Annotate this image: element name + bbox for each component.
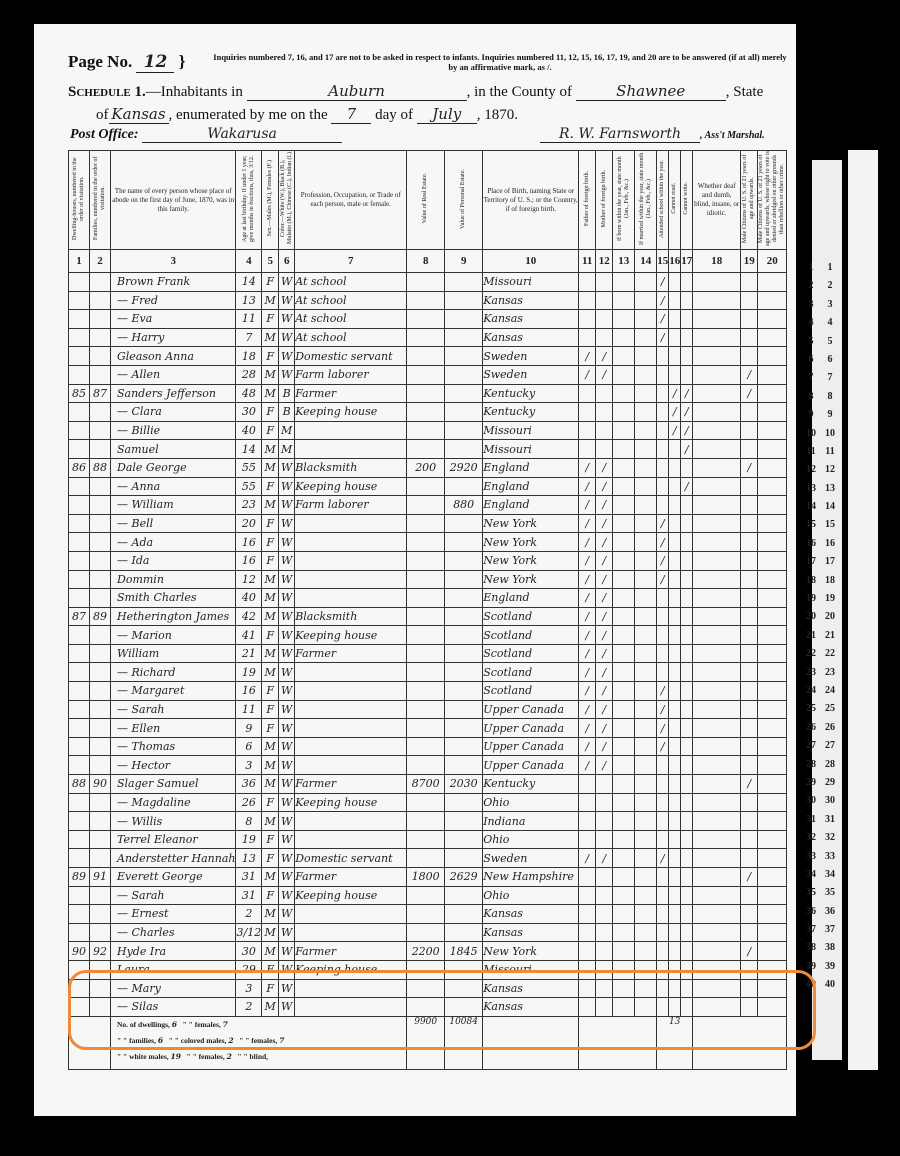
census-table: Dwelling-houses, numbered in the order o…: [68, 150, 787, 1070]
cell-color: W: [279, 328, 295, 347]
cell-sex: F: [262, 533, 279, 552]
cell-blank: [635, 310, 657, 329]
cell-c19: [741, 496, 758, 515]
cell-c11: /: [579, 700, 596, 719]
cell-blank: [758, 496, 787, 515]
column-label: Cannot write.: [683, 182, 690, 215]
cell-age: 29: [236, 960, 262, 979]
column-label: Attended school within the year.: [659, 160, 666, 238]
white-males-label: " " white males,: [117, 1052, 169, 1061]
cell-c17: [681, 775, 693, 794]
cell-c11: [579, 291, 596, 310]
school-total: 13: [657, 1016, 693, 1069]
cell-dw: [69, 849, 90, 868]
cell-birth: Ohio: [483, 793, 579, 812]
column-number: 5: [262, 250, 279, 273]
column-label: Whether deaf and dumb, blind, insane, or…: [694, 182, 739, 217]
line-number: 30: [818, 795, 842, 813]
cell-blank: [635, 421, 657, 440]
cell-pe: [445, 365, 483, 384]
cell-pe: [445, 421, 483, 440]
cell-sex: F: [262, 273, 279, 292]
cell-name: Everett George: [111, 868, 236, 887]
cell-c16: [669, 607, 681, 626]
table-row: — Sarah11FWUpper Canada///: [69, 700, 787, 719]
cell-c19: [741, 328, 758, 347]
cell-sex: M: [262, 440, 279, 459]
cell-c16: [669, 347, 681, 366]
table-row: — Harry7MWAt schoolKansas/: [69, 328, 787, 347]
cell-c11: /: [579, 365, 596, 384]
cell-pe: 880: [445, 496, 483, 515]
cell-blank: [758, 328, 787, 347]
cell-birth: England: [483, 496, 579, 515]
cell-blank: [693, 682, 741, 701]
line-number: 10: [818, 428, 842, 446]
cell-color: M: [279, 440, 295, 459]
cell-c16: [669, 663, 681, 682]
cell-c15: [657, 830, 669, 849]
cell-c12: /: [596, 682, 613, 701]
cell-blank: [635, 347, 657, 366]
enumerated-text: , enumerated by me on the: [169, 107, 328, 123]
cell-c19: [741, 719, 758, 738]
cell-occ: [295, 905, 407, 924]
cell-blank: [758, 310, 787, 329]
table-row: 8890Slager Samuel36MWFarmer87002030Kentu…: [69, 775, 787, 794]
cell-name: — Sarah: [111, 700, 236, 719]
column-header-1: Dwelling-houses, numbered in the order o…: [69, 151, 90, 250]
dwellings-value: 6: [172, 1020, 177, 1029]
cell-blank: [758, 905, 787, 924]
cell-c12: /: [596, 756, 613, 775]
cell-re: [407, 700, 445, 719]
cell-color: W: [279, 960, 295, 979]
cell-c16: [669, 440, 681, 459]
families-label: " " families,: [117, 1036, 156, 1045]
cell-c15: [657, 998, 669, 1017]
column-label: Place of Birth, naming State or Territor…: [484, 187, 578, 213]
column-number: 4: [236, 250, 262, 273]
cell-dw: [69, 626, 90, 645]
cell-c16: [669, 365, 681, 384]
cell-c12: [596, 291, 613, 310]
cell-c15: [657, 644, 669, 663]
cell-dw: [69, 700, 90, 719]
cell-c12: /: [596, 719, 613, 738]
cell-c17: [681, 514, 693, 533]
cell-c17: [681, 979, 693, 998]
cell-c11: [579, 923, 596, 942]
cell-c19: [741, 644, 758, 663]
cell-color: W: [279, 626, 295, 645]
cell-color: W: [279, 663, 295, 682]
cell-c17: [681, 589, 693, 608]
cell-c15: [657, 942, 669, 961]
column-number: 6: [279, 250, 295, 273]
cell-color: W: [279, 793, 295, 812]
table-row: — Hector3MWUpper Canada//: [69, 756, 787, 775]
cell-blank: [613, 719, 635, 738]
cell-pe: [445, 514, 483, 533]
cell-blank: [635, 663, 657, 682]
table-row: — Bell20FWNew York///: [69, 514, 787, 533]
table-row: — Sarah31FWKeeping houseOhio: [69, 886, 787, 905]
township-field: Auburn: [247, 82, 467, 101]
column-number: 17: [681, 250, 693, 273]
cell-blank: [758, 514, 787, 533]
column-header-row: Dwelling-houses, numbered in the order o…: [69, 151, 787, 250]
cell-blank: [613, 868, 635, 887]
cell-blank: [693, 960, 741, 979]
cell-c19: [741, 273, 758, 292]
month-field: July: [417, 105, 477, 124]
cell-age: 30: [236, 942, 262, 961]
cell-blank: [635, 849, 657, 868]
families-value: 6: [158, 1036, 163, 1045]
cell-birth: Sweden: [483, 365, 579, 384]
cell-c16: [669, 700, 681, 719]
cell-c17: [681, 626, 693, 645]
cell-c16: /: [669, 421, 681, 440]
cell-c19: [741, 682, 758, 701]
cell-blank: [613, 403, 635, 422]
cell-color: W: [279, 291, 295, 310]
table-row: 8587Sanders Jefferson48MBFarmerKentucky/…: [69, 384, 787, 403]
cell-c16: [669, 570, 681, 589]
cell-sex: F: [262, 682, 279, 701]
cell-c11: /: [579, 551, 596, 570]
column-header-15: Attended school within the year.: [657, 151, 669, 250]
cell-blank: [635, 886, 657, 905]
cell-blank: [635, 942, 657, 961]
cell-sex: F: [262, 551, 279, 570]
cell-c11: [579, 440, 596, 459]
cell-blank: [693, 440, 741, 459]
cell-c16: [669, 626, 681, 645]
cell-sex: F: [262, 849, 279, 868]
cell-pe: [445, 682, 483, 701]
line-number: 1: [818, 262, 842, 280]
cell-color: W: [279, 570, 295, 589]
page-number: Page No. 12 }: [68, 52, 185, 73]
cell-c12: /: [596, 700, 613, 719]
column-header-4: Age at last birthday. If under 1 year, g…: [236, 151, 262, 250]
cell-c11: /: [579, 477, 596, 496]
column-number: 10: [483, 250, 579, 273]
cell-pe: [445, 737, 483, 756]
cell-c19: [741, 347, 758, 366]
cell-c11: [579, 403, 596, 422]
cell-c16: /: [669, 384, 681, 403]
cell-c19: [741, 830, 758, 849]
cell-c15: /: [657, 533, 669, 552]
cell-birth: Missouri: [483, 421, 579, 440]
cell-blank: [613, 644, 635, 663]
cell-sex: M: [262, 384, 279, 403]
column-header-6: Color.—White (W.), Black (B.), Mulatto (…: [279, 151, 295, 250]
cell-blank: [613, 384, 635, 403]
cell-name: — Ada: [111, 533, 236, 552]
cell-blank: [693, 607, 741, 626]
cell-pe: [445, 347, 483, 366]
cell-fam: [90, 347, 111, 366]
cell-re: [407, 644, 445, 663]
column-number: 20: [758, 250, 787, 273]
cell-color: W: [279, 700, 295, 719]
cell-fam: [90, 830, 111, 849]
cell-dw: [69, 719, 90, 738]
cell-c15: [657, 812, 669, 831]
cell-blank: [758, 644, 787, 663]
cell-fam: [90, 496, 111, 515]
cell-age: 14: [236, 273, 262, 292]
table-row: — Ernest2MWKansas: [69, 905, 787, 924]
cell-blank: [635, 737, 657, 756]
line-number: 7: [818, 372, 842, 390]
cell-blank: [613, 365, 635, 384]
table-row: William21MWFarmerScotland//: [69, 644, 787, 663]
cell-c16: [669, 979, 681, 998]
cell-dw: [69, 533, 90, 552]
cell-c16: [669, 719, 681, 738]
totals-tail-blank: [693, 1016, 787, 1069]
line-number: 11: [818, 446, 842, 464]
cell-fam: [90, 310, 111, 329]
cell-sex: M: [262, 812, 279, 831]
cell-c19: [741, 551, 758, 570]
cell-c16: [669, 793, 681, 812]
cell-c16: [669, 960, 681, 979]
cell-color: W: [279, 905, 295, 924]
cell-c19: /: [741, 365, 758, 384]
cell-c17: /: [681, 440, 693, 459]
cell-c11: [579, 942, 596, 961]
cell-age: 26: [236, 793, 262, 812]
cell-fam: [90, 570, 111, 589]
cell-c17: [681, 793, 693, 812]
of-text: of: [96, 107, 109, 123]
cell-name: Slager Samuel: [111, 775, 236, 794]
cell-c19: [741, 477, 758, 496]
cell-fam: 91: [90, 868, 111, 887]
cell-c19: [741, 756, 758, 775]
cell-c15: [657, 626, 669, 645]
line-number: 22: [818, 648, 842, 666]
cell-blank: [693, 979, 741, 998]
cell-occ: [295, 923, 407, 942]
cell-c15: [657, 607, 669, 626]
cell-name: — Richard: [111, 663, 236, 682]
cell-c11: /: [579, 737, 596, 756]
cell-pe: 2030: [445, 775, 483, 794]
cell-pe: [445, 756, 483, 775]
cell-color: W: [279, 310, 295, 329]
cell-sex: M: [262, 663, 279, 682]
column-label: Sex.—Males (M.), Females (F.): [267, 160, 274, 236]
cell-blank: [758, 477, 787, 496]
cell-pe: [445, 384, 483, 403]
column-header-19: Male Citizens of U. S. of 21 years of ag…: [741, 151, 758, 250]
state-text: , State: [726, 84, 764, 100]
cell-blank: [693, 328, 741, 347]
cell-c19: [741, 905, 758, 924]
column-header-9: Value of Personal Estate.: [445, 151, 483, 250]
cell-age: 23: [236, 496, 262, 515]
cell-color: W: [279, 347, 295, 366]
cell-sex: M: [262, 868, 279, 887]
cell-age: 3: [236, 979, 262, 998]
cell-age: 42: [236, 607, 262, 626]
cell-blank: [758, 960, 787, 979]
cell-birth: New York: [483, 942, 579, 961]
cell-dw: 90: [69, 942, 90, 961]
cell-c15: [657, 979, 669, 998]
cell-c16: [669, 533, 681, 552]
females-value: 7: [279, 1036, 284, 1045]
cell-c17: [681, 273, 693, 292]
cell-c17: [681, 328, 693, 347]
cell-blank: [758, 607, 787, 626]
cell-blank: [613, 477, 635, 496]
cell-name: — Eva: [111, 310, 236, 329]
cell-birth: New Hampshire: [483, 868, 579, 887]
cell-pe: [445, 700, 483, 719]
cell-blank: [635, 960, 657, 979]
cell-blank: [758, 979, 787, 998]
cell-c19: /: [741, 868, 758, 887]
cell-blank: [635, 793, 657, 812]
column-label: Father of foreign birth.: [584, 171, 591, 226]
cell-c16: /: [669, 403, 681, 422]
totals-row: No. of dwellings, 6 " " females, 7 " " f…: [69, 1016, 787, 1069]
cell-pe: [445, 830, 483, 849]
line-number: 16: [818, 538, 842, 556]
cell-c15: /: [657, 700, 669, 719]
cell-name: Anderstetter Hannah: [111, 849, 236, 868]
cell-blank: [758, 533, 787, 552]
cell-occ: Farm laborer: [295, 365, 407, 384]
cell-blank: [613, 812, 635, 831]
cell-c17: [681, 551, 693, 570]
cell-c17: [681, 923, 693, 942]
cell-blank: [758, 719, 787, 738]
cell-blank: [613, 589, 635, 608]
cell-blank: [758, 942, 787, 961]
cell-fam: [90, 998, 111, 1017]
column-label: Families, numbered in the order of visit…: [93, 151, 107, 246]
cell-occ: Domestic servant: [295, 347, 407, 366]
cell-c12: [596, 328, 613, 347]
cell-blank: [758, 551, 787, 570]
cell-birth: Scotland: [483, 663, 579, 682]
cell-name: — Ernest: [111, 905, 236, 924]
cell-occ: [295, 700, 407, 719]
cell-name: Brown Frank: [111, 273, 236, 292]
cell-blank: [758, 756, 787, 775]
cell-c19: [741, 998, 758, 1017]
cell-c12: /: [596, 477, 613, 496]
cell-age: 55: [236, 458, 262, 477]
cell-c19: [741, 570, 758, 589]
cell-sex: M: [262, 905, 279, 924]
cell-pe: [445, 960, 483, 979]
cell-c17: [681, 849, 693, 868]
cell-occ: Farm laborer: [295, 496, 407, 515]
cell-c16: [669, 514, 681, 533]
cell-sex: F: [262, 960, 279, 979]
table-row: — Marion41FWKeeping houseScotland//: [69, 626, 787, 645]
cell-blank: [758, 403, 787, 422]
cell-age: 36: [236, 775, 262, 794]
cell-c15: [657, 960, 669, 979]
real-estate-total: 9900: [407, 1016, 445, 1069]
cell-blank: [635, 607, 657, 626]
table-row: Gleason Anna18FWDomestic servantSweden//: [69, 347, 787, 366]
cell-name: — Marion: [111, 626, 236, 645]
column-header-16: Cannot read.: [669, 151, 681, 250]
cell-occ: Farmer: [295, 942, 407, 961]
column-label: Value of Real Estate.: [422, 173, 429, 223]
cell-re: [407, 979, 445, 998]
cell-fam: [90, 700, 111, 719]
cell-re: [407, 384, 445, 403]
cell-blank: [758, 923, 787, 942]
day-field: 7: [331, 105, 371, 124]
column-number: 19: [741, 250, 758, 273]
cell-name: — Fred: [111, 291, 236, 310]
cell-c16: [669, 291, 681, 310]
cell-name: — Mary: [111, 979, 236, 998]
table-row: — Fred13MWAt schoolKansas/: [69, 291, 787, 310]
cell-birth: Missouri: [483, 440, 579, 459]
table-row: — Thomas6MWUpper Canada///: [69, 737, 787, 756]
day-of-text: day of: [375, 107, 413, 123]
line-number: 19: [818, 593, 842, 611]
cell-blank: [613, 421, 635, 440]
cell-blank: [693, 830, 741, 849]
cell-blank: [613, 942, 635, 961]
cell-pe: [445, 589, 483, 608]
column-number-row: 1234567891011121314151617181920: [69, 250, 787, 273]
cell-pe: [445, 607, 483, 626]
cell-sex: M: [262, 998, 279, 1017]
cell-name: — Ellen: [111, 719, 236, 738]
cell-c16: [669, 273, 681, 292]
table-row: — Clara30FBKeeping houseKentucky//: [69, 403, 787, 422]
cell-dw: 88: [69, 775, 90, 794]
cell-pe: [445, 477, 483, 496]
table-row: — Ada16FWNew York///: [69, 533, 787, 552]
cell-c16: [669, 998, 681, 1017]
column-number: 9: [445, 250, 483, 273]
cell-sex: M: [262, 589, 279, 608]
cell-c15: [657, 756, 669, 775]
cell-pe: [445, 719, 483, 738]
cell-re: [407, 533, 445, 552]
cell-c19: [741, 849, 758, 868]
column-label: Color.—White (W.), Black (B.), Mulatto (…: [280, 151, 294, 246]
inhabitants-text: —Inhabitants in: [146, 84, 243, 100]
column-number: 1: [69, 250, 90, 273]
line-number: 6: [818, 354, 842, 372]
cell-re: [407, 905, 445, 924]
cell-c12: /: [596, 458, 613, 477]
line-number: 38: [818, 942, 842, 960]
line-number: 35: [818, 887, 842, 905]
cell-c19: [741, 533, 758, 552]
cell-c19: /: [741, 458, 758, 477]
